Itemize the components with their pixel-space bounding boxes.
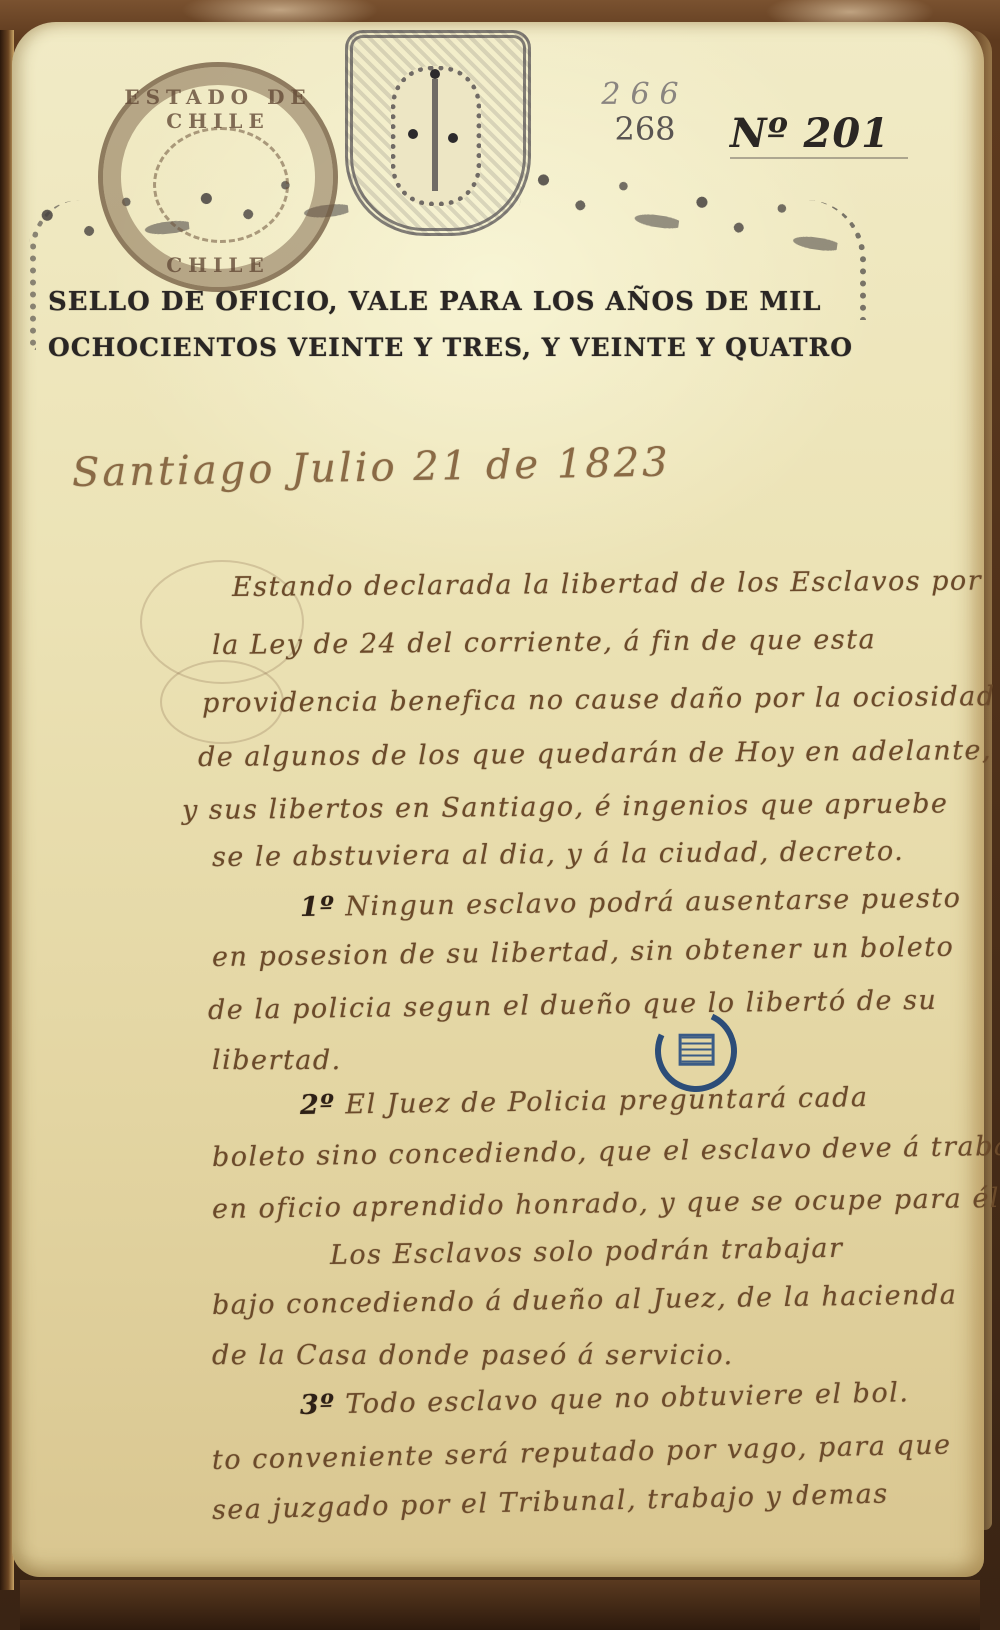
- article-2-first-line: 2º El Juez de Policia preguntará cada: [300, 1082, 869, 1121]
- intro-line: providencia benefica no cause daño por l…: [202, 681, 996, 719]
- intro-line: la Ley de 24 del corriente, á fin de que…: [212, 624, 876, 661]
- article-number: 3º: [300, 1389, 336, 1421]
- article-line: boleto sino concediendo, que el esclavo …: [212, 1130, 1000, 1173]
- article-line: sea juzgado por el Tribunal, trabajo y d…: [212, 1478, 889, 1526]
- article-line: de la Casa donde paseó á servicio.: [212, 1340, 734, 1371]
- article-line: Los Esclavos solo podrán trabajar: [330, 1233, 844, 1271]
- article-3-first-line: 3º Todo esclavo que no obtuviere el bol.: [300, 1377, 910, 1421]
- intro-line: se le abstuviera al dia, y á la ciudad, …: [212, 836, 905, 873]
- article-line: en oficio aprendido honrado, y que se oc…: [212, 1183, 1000, 1225]
- article-text: El Juez de Policia preguntará cada: [345, 1082, 869, 1120]
- article-line: libertad.: [212, 1045, 342, 1076]
- dateline: Santiago Julio 21 de 1823: [72, 440, 671, 496]
- article-number: 1º: [300, 892, 336, 923]
- article-line: to conveniente será reputado por vago, p…: [212, 1430, 952, 1476]
- article-1-first-line: 1º Ningun esclavo podrá ausentarse puest…: [300, 883, 962, 923]
- article-text: Ningun esclavo podrá ausentarse puesto: [345, 883, 961, 923]
- article-text: Todo esclavo que no obtuviere el bol.: [345, 1377, 910, 1420]
- stamp-book-emblem: [679, 1034, 715, 1066]
- article-number: 2º: [300, 1090, 336, 1121]
- article-line: bajo concediendo á dueño al Juez, de la …: [212, 1280, 958, 1321]
- intro-line: de algunos de los que quedarán de Hoy en…: [198, 735, 992, 773]
- handwritten-text: Santiago Julio 21 de 1823 Estando declar…: [0, 0, 1000, 1630]
- intro-line: Estando declarada la libertad de los Esc…: [232, 565, 982, 603]
- article-line: en posesion de su libertad, sin obtener …: [212, 932, 955, 973]
- intro-line: y sus libertos en Santiago, é ingenios q…: [182, 788, 949, 826]
- article-line: de la policia segun el dueño que lo libe…: [208, 985, 938, 1026]
